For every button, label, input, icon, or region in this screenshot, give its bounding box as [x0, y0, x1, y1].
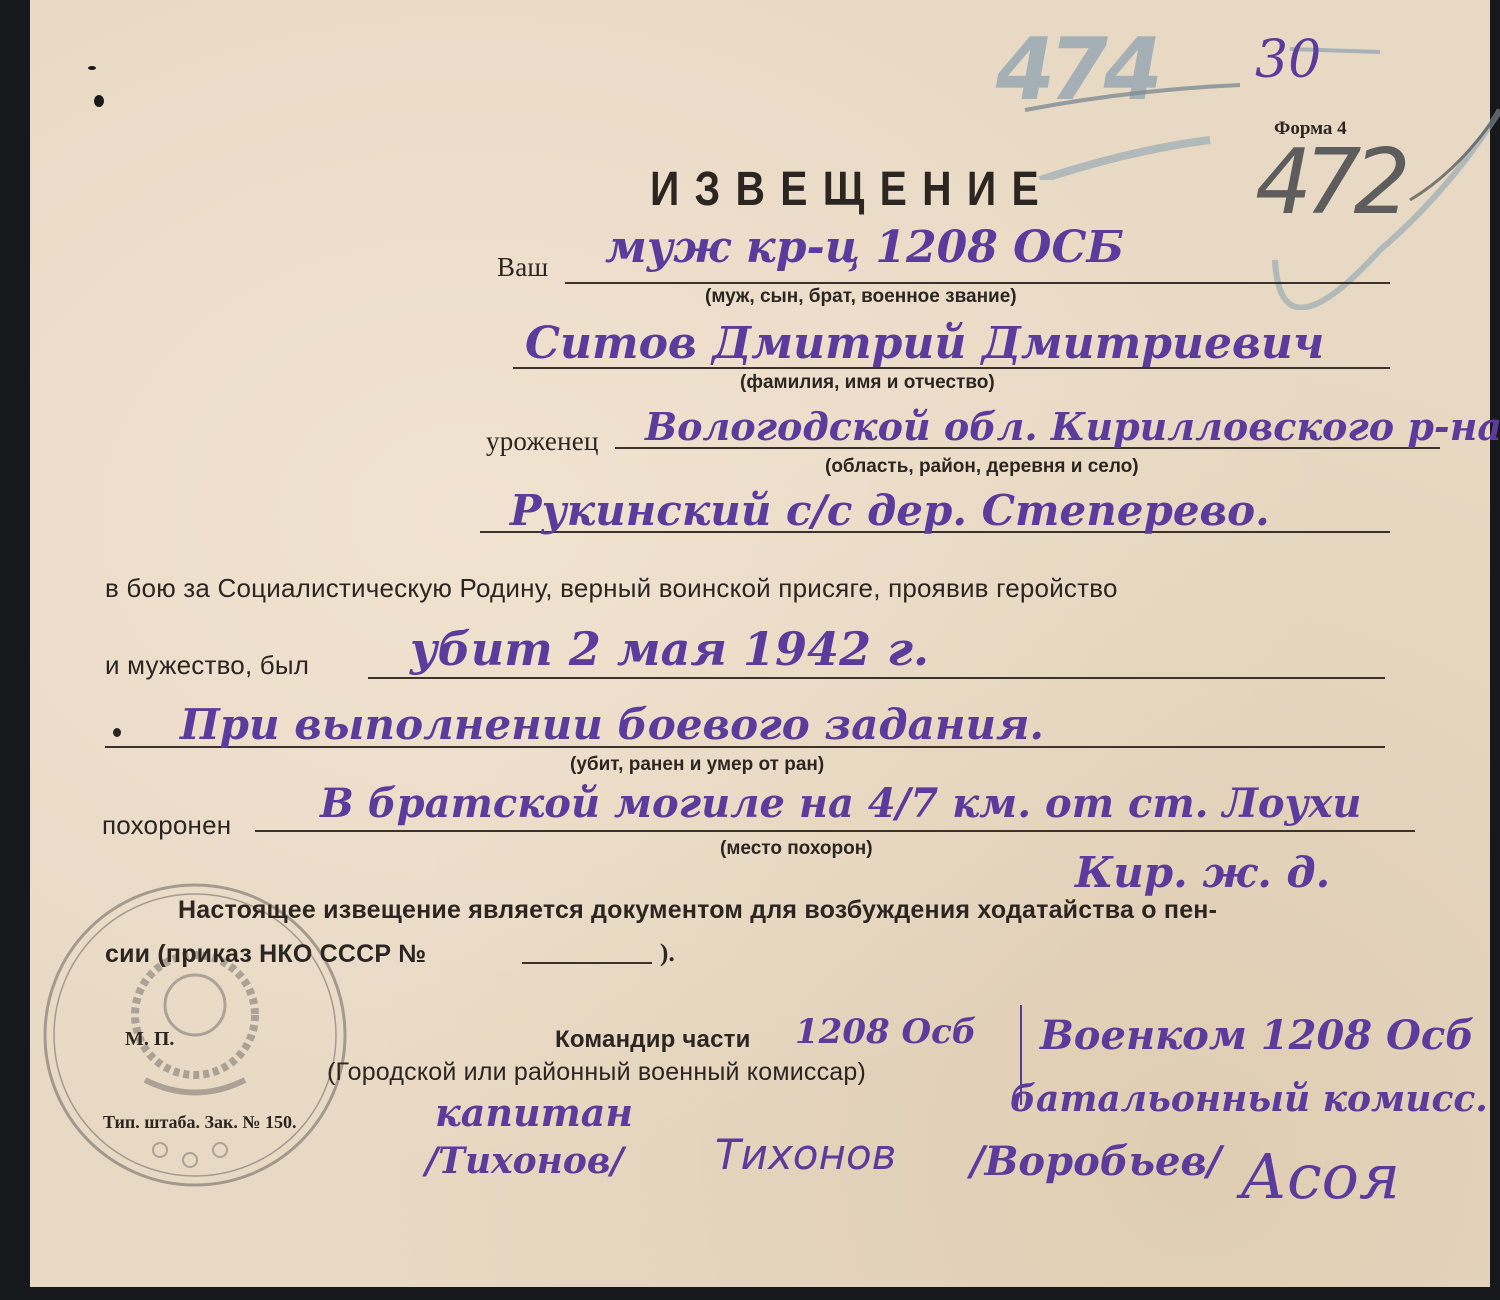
commissar-label: (Городской или районный военный комиссар… [327, 1058, 866, 1087]
field-label-buried: похоронен [102, 810, 231, 841]
printer-line: Тип. штаба. Зак. № 150. [103, 1112, 297, 1133]
pension-text-line2: сии (приказ НКО СССР № [105, 940, 427, 969]
field-value-born-2[interactable]: Рукинский с/с дер. Степерево. [510, 486, 1270, 535]
pension-text-end: ). [660, 940, 675, 968]
field-label-vash: Ваш [497, 252, 548, 283]
field-value-buried-1[interactable]: В братской могиле на 4/7 км. от ст. Лоух… [320, 780, 1361, 827]
field-value-buried-2[interactable]: Кир. ж. д. [1075, 848, 1330, 897]
field-value-was-1[interactable]: убит 2 мая 1942 г. [410, 622, 929, 676]
document-title: ИЗВЕЩЕНИЕ [650, 162, 1054, 217]
ink-dot [113, 728, 121, 737]
right-signature: Асоя [1240, 1140, 1400, 1213]
left-signature: Тихонов [715, 1130, 896, 1179]
oath-text: в бою за Социалистическую Родину, верный… [105, 573, 1118, 604]
field-label-born: уроженец [486, 426, 599, 457]
punch-hole [88, 66, 96, 70]
field-label-was: и мужество, был [105, 650, 309, 681]
left-signer-name: /Тихонов/ [425, 1140, 624, 1182]
field-value-relation[interactable]: муж кр-ц 1208 ОСБ [605, 222, 1124, 273]
field-caption: (муж, сын, брат, военное звание) [705, 286, 1017, 308]
field-line [255, 830, 1415, 832]
right-signer-name: /Воробьев/ [970, 1138, 1221, 1185]
pension-text-line1: Настоящее извещение является документом … [178, 896, 1217, 925]
order-number-field[interactable] [522, 962, 652, 964]
field-line [565, 282, 1390, 284]
document-sheet: 474 30 Форма 4 472 ИЗВЕЩЕНИЕ Ваш муж кр-… [30, 0, 1490, 1287]
left-signer-rank: капитан [435, 1090, 633, 1135]
commander-label: Командир части [555, 1026, 751, 1054]
field-caption: (убит, ранен и умер от ран) [570, 754, 824, 776]
field-line [368, 677, 1385, 679]
field-value-name[interactable]: Ситов Дмитрий Дмитриевич [525, 318, 1324, 369]
pencil-swirl [1230, 80, 1500, 310]
field-value-born-1[interactable]: Вологодской обл. Кирилловского р-на [645, 404, 1500, 449]
punch-hole [94, 95, 104, 107]
right-signer-title-1: Военком 1208 Осб [1040, 1012, 1474, 1059]
field-caption: (фамилия, имя и отчество) [740, 372, 995, 394]
field-caption: (место похорон) [720, 838, 873, 860]
field-value-was-2[interactable]: При выполнении боевого задания. [180, 700, 1044, 749]
field-caption: (область, район, деревня и село) [825, 456, 1139, 478]
right-signer-title-2: батальонный комисс. [1010, 1078, 1488, 1120]
stamp-place-label: М. П. [125, 1028, 174, 1051]
commander-unit: 1208 Осб [795, 1012, 976, 1052]
